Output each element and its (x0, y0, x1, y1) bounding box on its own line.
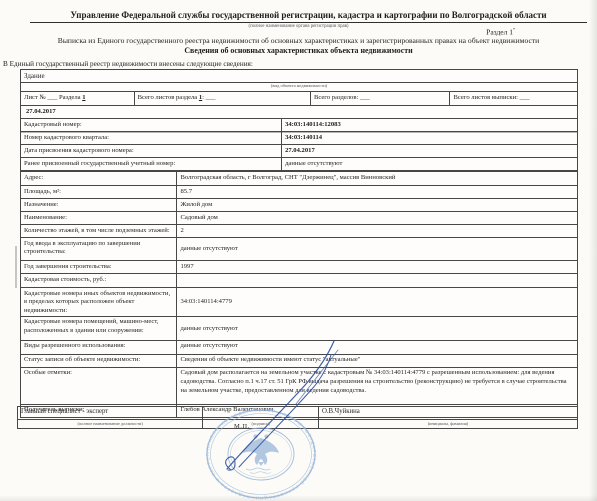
purpose-label: Назначение: (21, 199, 176, 211)
section-footnote-mark: * (513, 27, 515, 32)
sign-caption: (подпись) (202, 420, 318, 428)
area-label: Площадь, м²: (21, 186, 176, 198)
object-header-table: Здание (вид объекта недвижимости) Лист №… (20, 69, 578, 133)
sheet-info-row: Лист № ___ Раздела 1 Всего листов раздел… (21, 91, 577, 105)
total-sheets-blank: ___ (206, 94, 216, 101)
total-sheets-label: Всего листов раздела (138, 94, 198, 101)
table-row-cadastral-value: Кадастровая стоимость, руб.: (21, 273, 577, 287)
previous-number-label: Ранее присвоенный государственный учетны… (21, 158, 281, 170)
object-type-caption: (вид объекта недвижимости) (21, 83, 577, 91)
name-caption: (инициалы, фамилия) (318, 420, 577, 428)
extract-date-row: 27.04.2017 (21, 105, 577, 118)
record-status-value: Сведения об объекте недвижимости имеют с… (176, 355, 577, 367)
table-row: Ранее присвоенный государственный учетны… (21, 157, 577, 170)
signature-captions-row: (полное наименование должности) (подпись… (18, 419, 577, 428)
permitted-use-label: Виды разрешенного использования: (21, 341, 176, 354)
scanned-egrn-extract-document: Управление Федеральной службы государств… (0, 0, 597, 501)
signature-block-table: Главный специалист - эксперт О.В.Чуйкина… (17, 406, 578, 429)
cadastral-number-row: Кадастровый номер: 34:03:140114:12083 (21, 118, 577, 132)
table-row-completion-year: Год завершения строительства: 1997 (21, 260, 577, 273)
sheet-label: Лист № (24, 94, 46, 101)
record-status-label: Статус записи об объекте недвижимости: (21, 355, 176, 367)
cadastral-quarter-table: Номер кадастрового квартала: 34:03:14011… (20, 131, 578, 171)
special-notes-value: Садовый дом располагается на земельном у… (176, 368, 577, 404)
assignment-date-label: Дата присвоения кадастрового номера: (21, 145, 281, 157)
scan-edge-shading-bottom (0, 495, 597, 501)
object-type-row: Здание (21, 70, 577, 82)
official-name: О.В.Чуйкина (318, 407, 577, 419)
table-row-parent-objects: Кадастровые номера иных объектов недвижи… (21, 287, 577, 316)
premises-numbers-value: данные отсутствуют (176, 317, 577, 340)
total-sheets-colon: : (202, 94, 204, 101)
parent-objects-label: Кадастровые номера иных объектов недвижи… (21, 288, 176, 316)
sheet-blank: ___ (47, 94, 57, 101)
table-row-permitted-use: Виды разрешенного использования: данные … (21, 340, 577, 354)
section-word: Раздела (59, 94, 81, 101)
area-value: 85.7 (176, 186, 577, 198)
extract-date: 27.04.2017 (21, 106, 577, 118)
signature-row: Главный специалист - эксперт О.В.Чуйкина (18, 407, 577, 419)
table-row-name: Наименование: Садовый дом (21, 211, 577, 224)
table-row: Номер кадастрового квартала: 34:03:14011… (21, 132, 577, 144)
total-sheets-cell: Всего листов раздела 1: ___ (134, 92, 310, 105)
intro-sentence: В Единый государственный реестр недвижим… (3, 60, 253, 68)
commissioning-year-value: данные отсутствуют (176, 238, 577, 260)
total-extract-sheets-blank: ___ (520, 94, 530, 101)
table-row-purpose: Назначение: Жилой дом (21, 198, 577, 211)
commissioning-year-label: Год ввода в эксплуатацию по завершении с… (21, 238, 176, 260)
cadastral-value-value (176, 274, 577, 287)
object-type-value: Здание (21, 70, 577, 82)
permitted-use-value: данные отсутствуют (176, 341, 577, 354)
assignment-date-value: 27.04.2017 (281, 145, 577, 157)
registration-authority-title: Управление Федеральной службы государств… (30, 10, 587, 23)
total-extract-sheets-cell: Всего листов выписки: ___ (449, 92, 577, 105)
quarter-number-value: 34:03:140114 (281, 132, 577, 144)
special-notes-label: Особые отметки: (21, 368, 176, 404)
completion-year-label: Год завершения строительства: (21, 261, 176, 273)
official-position: Главный специалист - эксперт (18, 407, 202, 419)
total-sections-blank: ___ (360, 94, 370, 101)
purpose-value: Жилой дом (176, 199, 577, 211)
total-extract-sheets-label: Всего листов выписки: (453, 94, 518, 101)
floors-value: 2 (176, 225, 577, 237)
table-row-record-status: Статус записи об объекте недвижимости: С… (21, 354, 577, 367)
table-row-address: Адрес: Волгоградская область, г Волгогра… (21, 172, 577, 185)
table-row-area: Площадь, м²: 85.7 (21, 185, 577, 198)
floors-label: Количество этажей, в том числе подземных… (21, 225, 176, 237)
total-sections-label: Всего разделов: (314, 94, 358, 101)
sheet-number-cell: Лист № ___ Раздела 1 (21, 92, 134, 105)
position-caption: (полное наименование должности) (18, 420, 202, 428)
scan-edge-shading-right (589, 0, 597, 501)
address-label: Адрес: (21, 172, 176, 185)
previous-number-value: данные отсутствуют (281, 158, 577, 170)
cadastral-value-label: Кадастровая стоимость, руб.: (21, 274, 176, 287)
object-type-caption-row: (вид объекта недвижимости) (21, 82, 577, 91)
double-headed-eagle-emblem-icon (243, 434, 279, 473)
signature-cell (202, 407, 318, 419)
scan-artifact-line (15, 246, 17, 288)
premises-numbers-label: Кадастровые номера помещений, машино-мес… (21, 317, 176, 340)
parent-objects-value: 34:03:140114:4779 (176, 288, 577, 316)
quarter-number-label: Номер кадастрового квартала: (21, 132, 281, 144)
table-row-commissioning-year: Год ввода в эксплуатацию по завершении с… (21, 237, 577, 260)
table-row: Дата присвоения кадастрового номера: 27.… (21, 144, 577, 157)
extract-subtitle-line: Сведения об основных характеристиках объ… (8, 46, 589, 55)
table-row-premises-numbers: Кадастровые номера помещений, машино-мес… (21, 316, 577, 340)
name-label: Наименование: (21, 212, 176, 224)
total-sections-cell: Всего разделов: ___ (310, 92, 450, 105)
address-value: Волгоградская область, г Волгоград, СНТ … (176, 172, 577, 185)
table-row-floors: Количество этажей, в том числе подземных… (21, 224, 577, 237)
table-row-special-notes: Особые отметки: Садовый дом располагаетс… (21, 367, 577, 404)
stamp-place-label: М.П. (234, 423, 250, 430)
extract-title-line: Выписка из Единого государственного реес… (8, 36, 589, 45)
object-details-table: Адрес: Волгоградская область, г Волгогра… (20, 171, 578, 418)
completion-year-value: 1997 (176, 261, 577, 273)
name-value: Садовый дом (176, 212, 577, 224)
section-number: 1 (82, 94, 85, 101)
